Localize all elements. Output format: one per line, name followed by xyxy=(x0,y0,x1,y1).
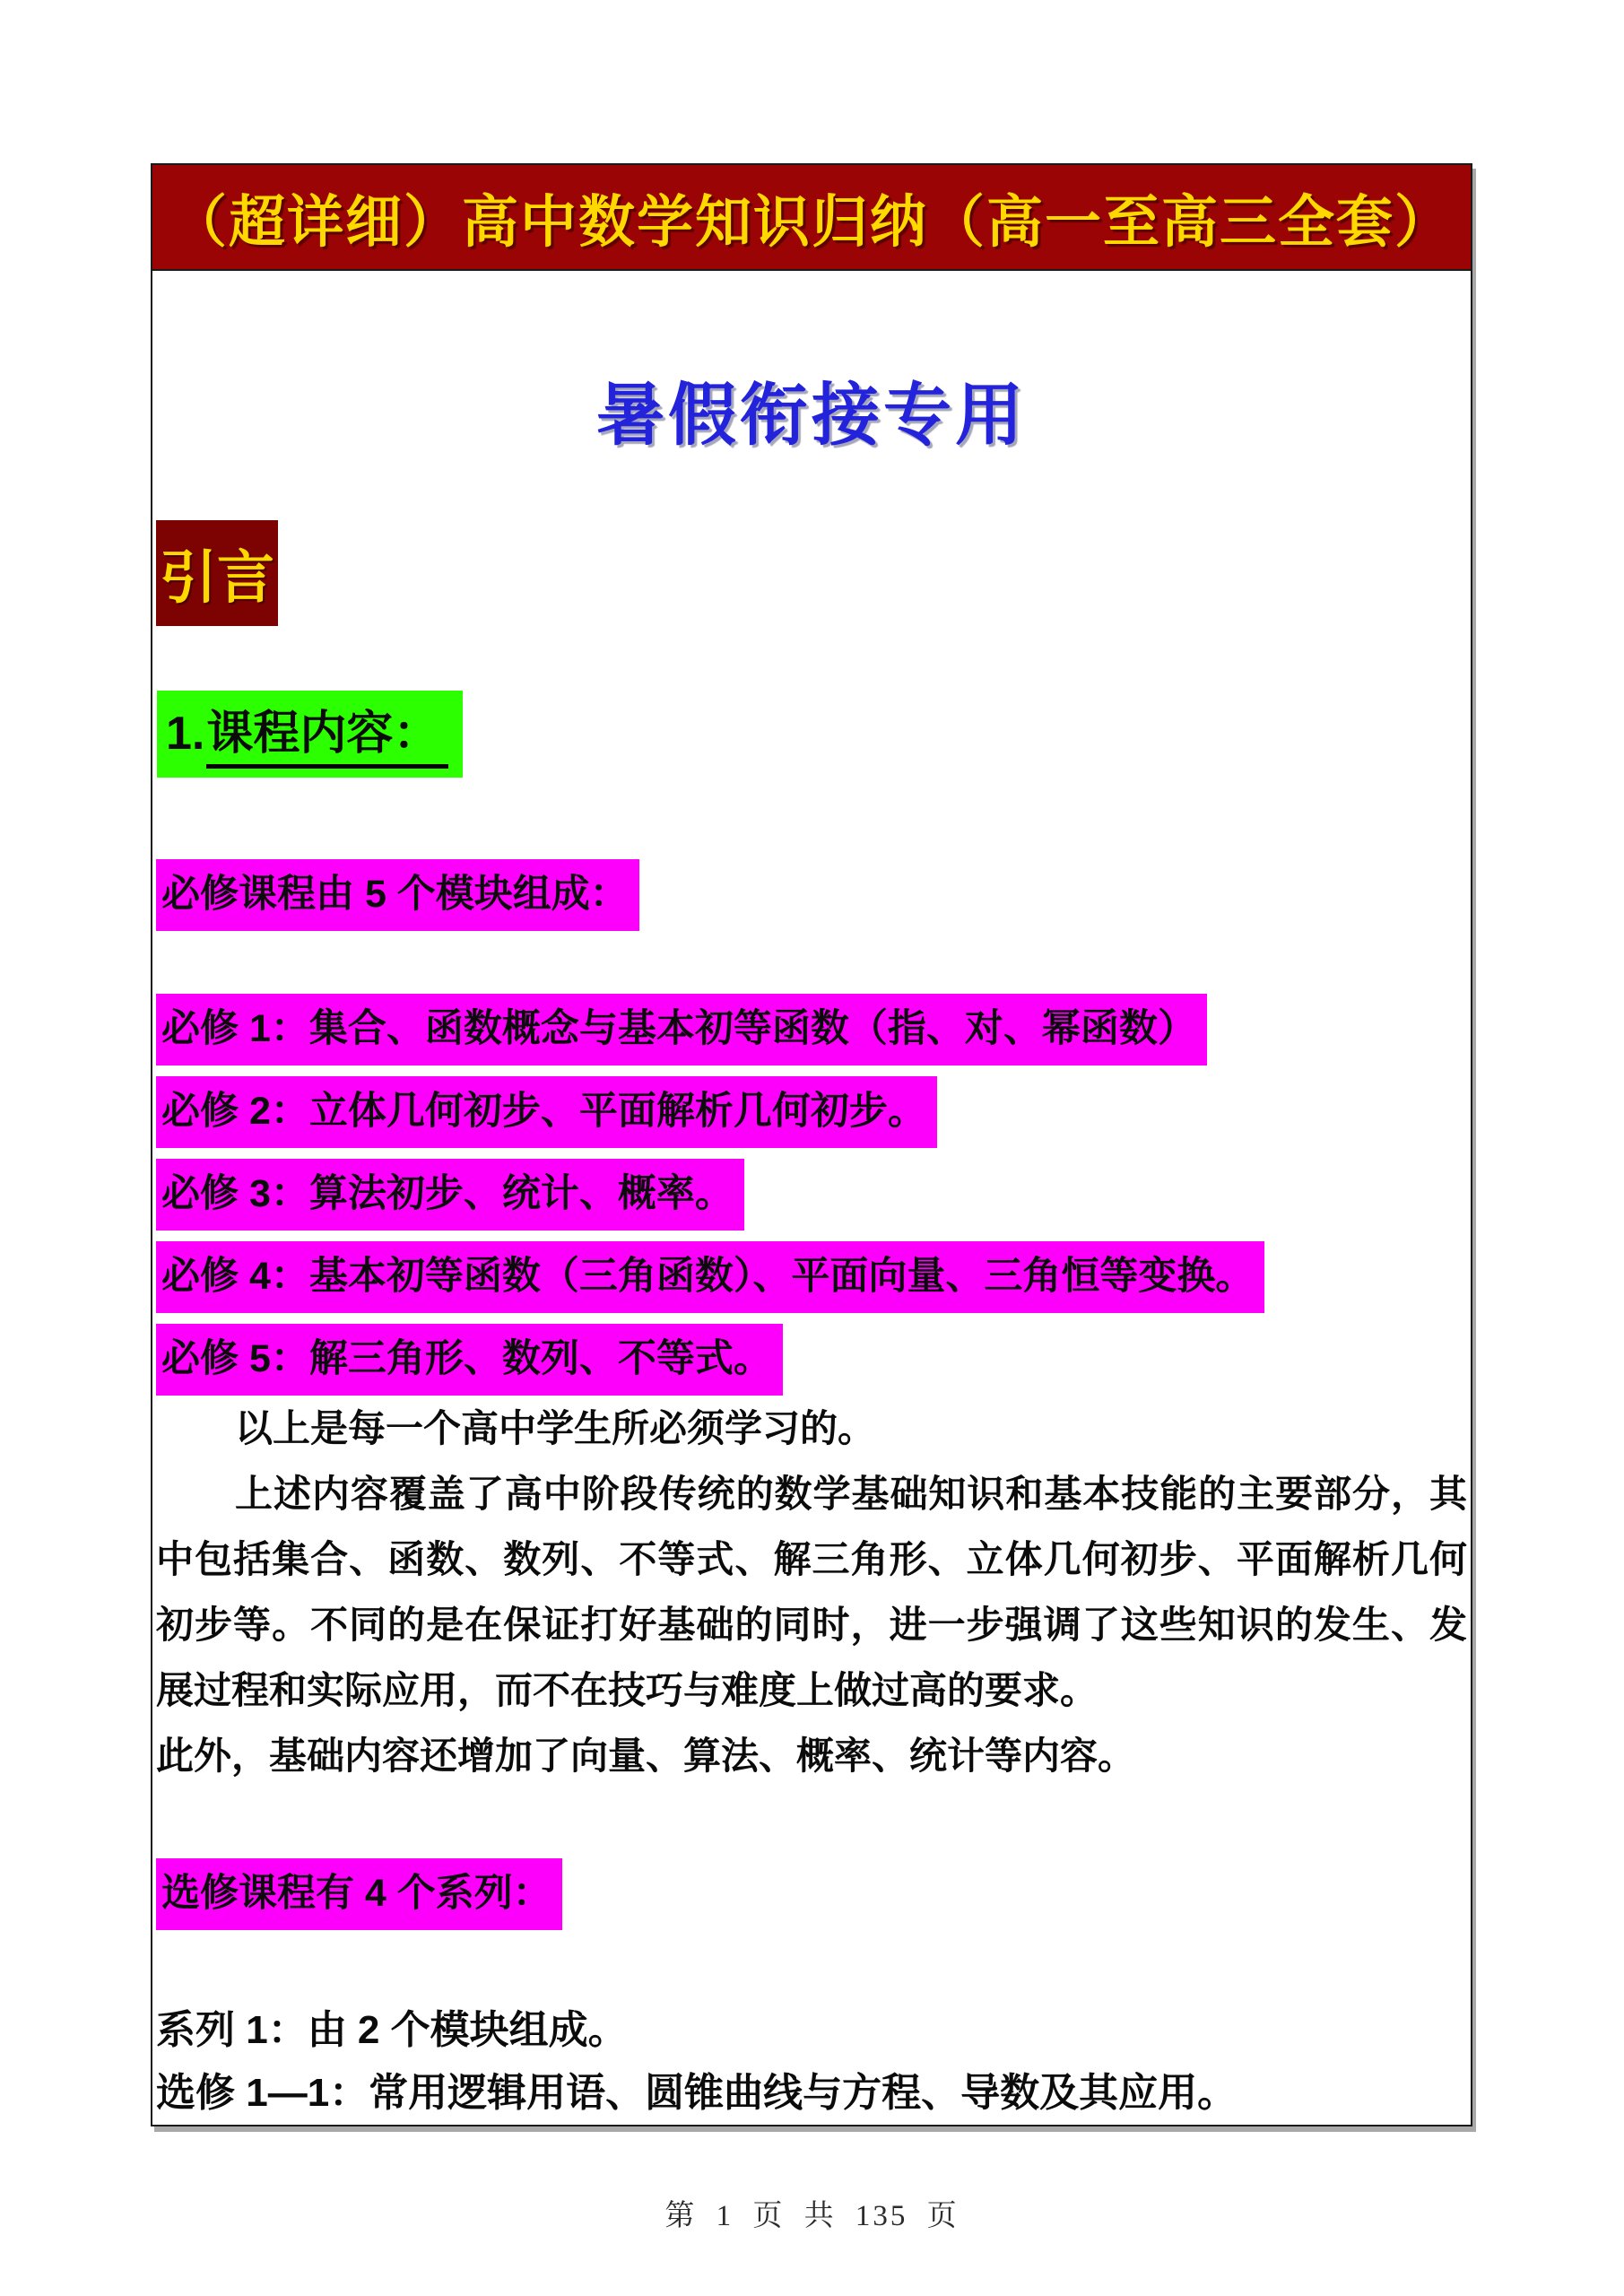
page-border-frame: （超详细）高中数学知识归纳（高一至高三全套） 暑假衔接专用 引言 1.课程内容：… xyxy=(151,163,1472,2126)
required-courses-intro-line: 必修课程由 5 个模块组成： xyxy=(156,857,639,940)
banner: （超详细）高中数学知识归纳（高一至高三全套） xyxy=(152,165,1471,271)
body-line: 初步等。不同的是在保证打好基础的同时，进一步强调了这些知识的发生、发 xyxy=(156,1592,1467,1657)
intro-label: 引言 xyxy=(160,532,274,614)
required-module-line: 必修 4：基本初等函数（三角函数）、平面向量、三角恒等变换。 xyxy=(156,1239,1264,1322)
subtitle: 暑假衔接专用 xyxy=(152,361,1471,458)
body-line: 展过程和实际应用，而不在技巧与难度上做过高的要求。 xyxy=(156,1657,1467,1723)
body-line: 上述内容覆盖了高中阶段传统的数学基础知识和基本技能的主要部分，其 xyxy=(156,1461,1467,1526)
required-module-line: 必修 3：算法初步、统计、概率。 xyxy=(156,1157,1264,1239)
required-module-3: 必修 3：算法初步、统计、概率。 xyxy=(156,1159,744,1231)
elective-series-block: 系列 1：由 2 个模块组成。 选修 1—1：常用逻辑用语、圆锥曲线与方程、导数… xyxy=(156,1999,1467,2125)
body-line: 以上是每一个高中学生所必须学习的。 xyxy=(156,1396,1467,1461)
body-line: 此外，基础内容还增加了向量、算法、概率、统计等内容。 xyxy=(156,1723,1467,1788)
body-line: 中包括集合、函数、数列、不等式、解三角形、立体几何初步、平面解析几何 xyxy=(156,1526,1467,1592)
required-module-line: 必修 2：立体几何初步、平面解析几何初步。 xyxy=(156,1074,1264,1157)
required-modules-list: 必修 1：集合、函数概念与基本初等函数（指、对、幂函数） 必修 2：立体几何初步… xyxy=(156,992,1264,1405)
required-module-1: 必修 1：集合、函数概念与基本初等函数（指、对、幂函数） xyxy=(156,994,1207,1065)
section-title: 课程内容： xyxy=(206,708,448,769)
required-module-4: 必修 4：基本初等函数（三角函数）、平面向量、三角恒等变换。 xyxy=(156,1241,1264,1313)
required-courses-intro: 必修课程由 5 个模块组成： xyxy=(156,859,639,931)
required-module-2: 必修 2：立体几何初步、平面解析几何初步。 xyxy=(156,1076,937,1148)
section-heading: 1.课程内容： xyxy=(157,691,463,778)
banner-title: （超详细）高中数学知识归纳（高一至高三全套） xyxy=(170,177,1453,258)
document-page: { "colors": { "banner-bg": "#9B0404", "i… xyxy=(0,0,1624,2296)
required-module-line: 必修 1：集合、函数概念与基本初等函数（指、对、幂函数） xyxy=(156,992,1264,1074)
page-footer: 第 1 页 共 135 页 xyxy=(0,2192,1624,2234)
elective-courses-intro-line: 选修课程有 4 个系列： xyxy=(156,1857,562,1939)
body-paragraphs: 以上是每一个高中学生所必须学习的。 上述内容覆盖了高中阶段传统的数学基础知识和基… xyxy=(156,1396,1467,1788)
section-number: 1. xyxy=(166,708,206,760)
series-line: 系列 1：由 2 个模块组成。 xyxy=(156,1999,1467,2062)
intro-label-box: 引言 xyxy=(156,520,278,626)
required-module-5: 必修 5：解三角形、数列、不等式。 xyxy=(156,1324,783,1396)
required-module-line: 必修 5：解三角形、数列、不等式。 xyxy=(156,1322,1264,1405)
series-line: 选修 1—1：常用逻辑用语、圆锥曲线与方程、导数及其应用。 xyxy=(156,2062,1467,2125)
elective-courses-intro: 选修课程有 4 个系列： xyxy=(156,1858,562,1930)
